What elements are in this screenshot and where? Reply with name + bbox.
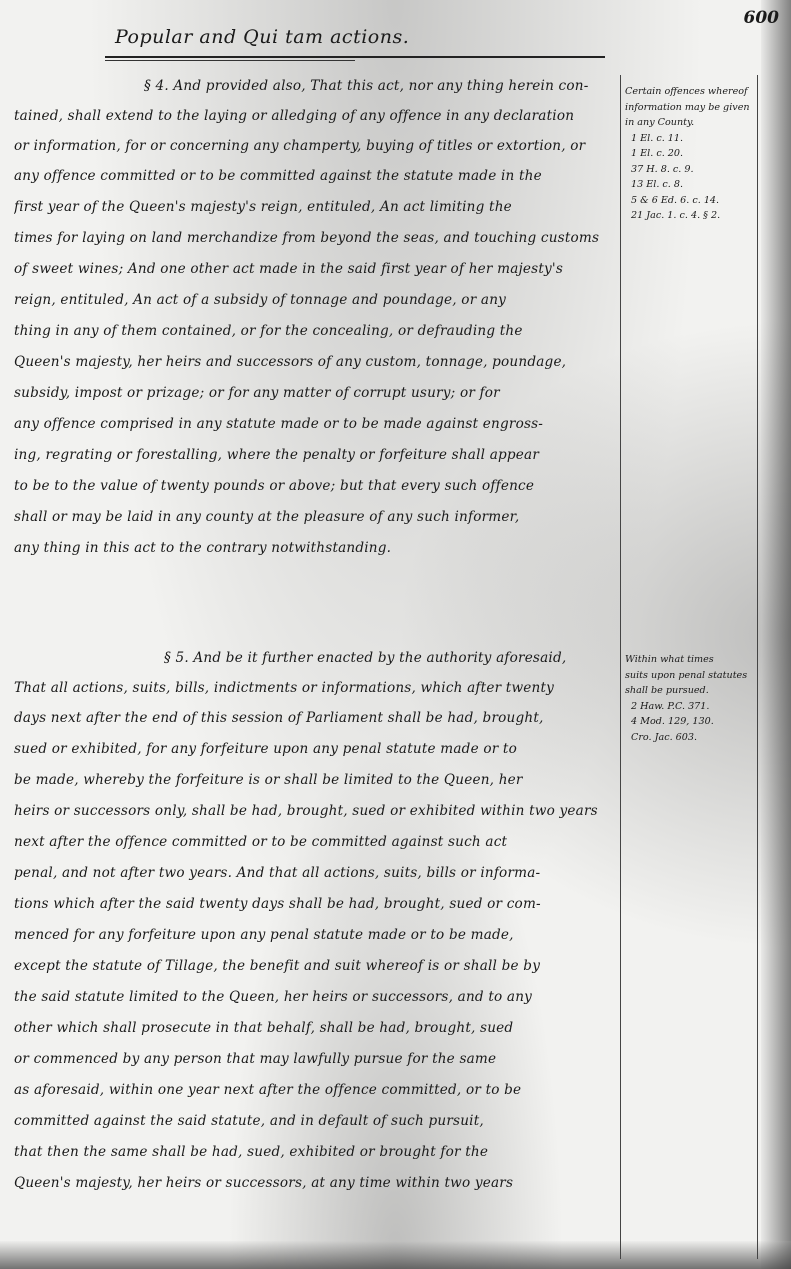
text-line: that then the same shall be had, sued, e… xyxy=(14,1144,620,1174)
text-line: be made, whereby the forfeiture is or sh… xyxy=(14,772,620,802)
margin-note-heading: information may be given xyxy=(625,100,757,116)
text-line: Queen's majesty, her heirs or successors… xyxy=(14,1175,620,1205)
page-number: 600 xyxy=(744,8,780,28)
text-line: except the statute of Tillage, the benef… xyxy=(14,958,620,988)
page-title: Popular and Qui tam actions. xyxy=(115,26,409,50)
margin-note-heading: suits upon penal statutes xyxy=(625,668,757,684)
margin-note-heading: shall be pursued. xyxy=(625,683,757,699)
text-line: Queen's majesty, her heirs and successor… xyxy=(14,354,620,384)
text-line: or commenced by any person that may lawf… xyxy=(14,1051,620,1081)
text-line: first year of the Queen's majesty's reig… xyxy=(14,199,620,229)
text-line: days next after the end of this session … xyxy=(14,710,620,740)
text-line: That all actions, suits, bills, indictme… xyxy=(14,680,620,710)
margin-note-heading: Within what times xyxy=(625,652,757,668)
text-line: ing, regrating or forestalling, where th… xyxy=(14,447,620,477)
scan-shadow-bottom xyxy=(0,1241,791,1269)
text-line: next after the offence committed or to b… xyxy=(14,834,620,864)
text-line: other which shall prosecute in that beha… xyxy=(14,1020,620,1050)
title-underline-secondary xyxy=(105,60,355,61)
text-line: as aforesaid, within one year next after… xyxy=(14,1082,620,1112)
statute-reference: 1 El. c. 11. xyxy=(625,131,757,147)
text-line: thing in any of them contained, or for t… xyxy=(14,323,620,353)
text-line: or information, for or concerning any ch… xyxy=(14,138,620,168)
text-line: subsidy, impost or prizage; or for any m… xyxy=(14,385,620,415)
text-line: reign, entituled, An act of a subsidy of… xyxy=(14,292,620,322)
statute-reference: 5 & 6 Ed. 6. c. 14. xyxy=(625,193,757,209)
margin-note-offences: Certain offences whereof information may… xyxy=(625,84,757,224)
text-line: heirs or successors only, shall be had, … xyxy=(14,803,620,833)
scan-shadow-right xyxy=(761,0,791,1269)
statute-reference: 1 El. c. 20. xyxy=(625,146,757,162)
text-line: menced for any forfeiture upon any penal… xyxy=(14,927,620,957)
text-line: to be to the value of twenty pounds or a… xyxy=(14,478,620,508)
text-line: sued or exhibited, for any forfeiture up… xyxy=(14,741,620,771)
case-reference: 2 Haw. P.C. 371. xyxy=(625,699,757,715)
text-line: tions which after the said twenty days s… xyxy=(14,896,620,926)
document-page: Popular and Qui tam actions. 600 § 4. An… xyxy=(0,0,791,1269)
text-line: any thing in this act to the contrary no… xyxy=(14,540,620,570)
statute-reference: 37 H. 8. c. 9. xyxy=(625,162,757,178)
text-line: committed against the said statute, and … xyxy=(14,1113,620,1143)
text-line: shall or may be laid in any county at th… xyxy=(14,509,620,539)
case-reference: Cro. Jac. 603. xyxy=(625,730,757,746)
text-line: times for laying on land merchandize fro… xyxy=(14,230,620,260)
text-line: penal, and not after two years. And that… xyxy=(14,865,620,895)
statute-reference: 13 El. c. 8. xyxy=(625,177,757,193)
text-line: any offence comprised in any statute mad… xyxy=(14,416,620,446)
margin-note-time-limits: Within what times suits upon penal statu… xyxy=(625,652,757,745)
page-header: Popular and Qui tam actions. xyxy=(115,26,615,50)
statute-reference: 21 Jac. 1. c. 4. § 2. xyxy=(625,208,757,224)
margin-note-heading: Certain offences whereof xyxy=(625,84,757,100)
case-reference: 4 Mod. 129, 130. xyxy=(625,714,757,730)
text-line: of sweet wines; And one other act made i… xyxy=(14,261,620,291)
text-line: tained, shall extend to the laying or al… xyxy=(14,108,620,138)
title-underline xyxy=(105,56,605,58)
text-line: the said statute limited to the Queen, h… xyxy=(14,989,620,1019)
margin-note-heading: in any County. xyxy=(625,115,757,131)
text-line: any offence committed or to be committed… xyxy=(14,168,620,198)
